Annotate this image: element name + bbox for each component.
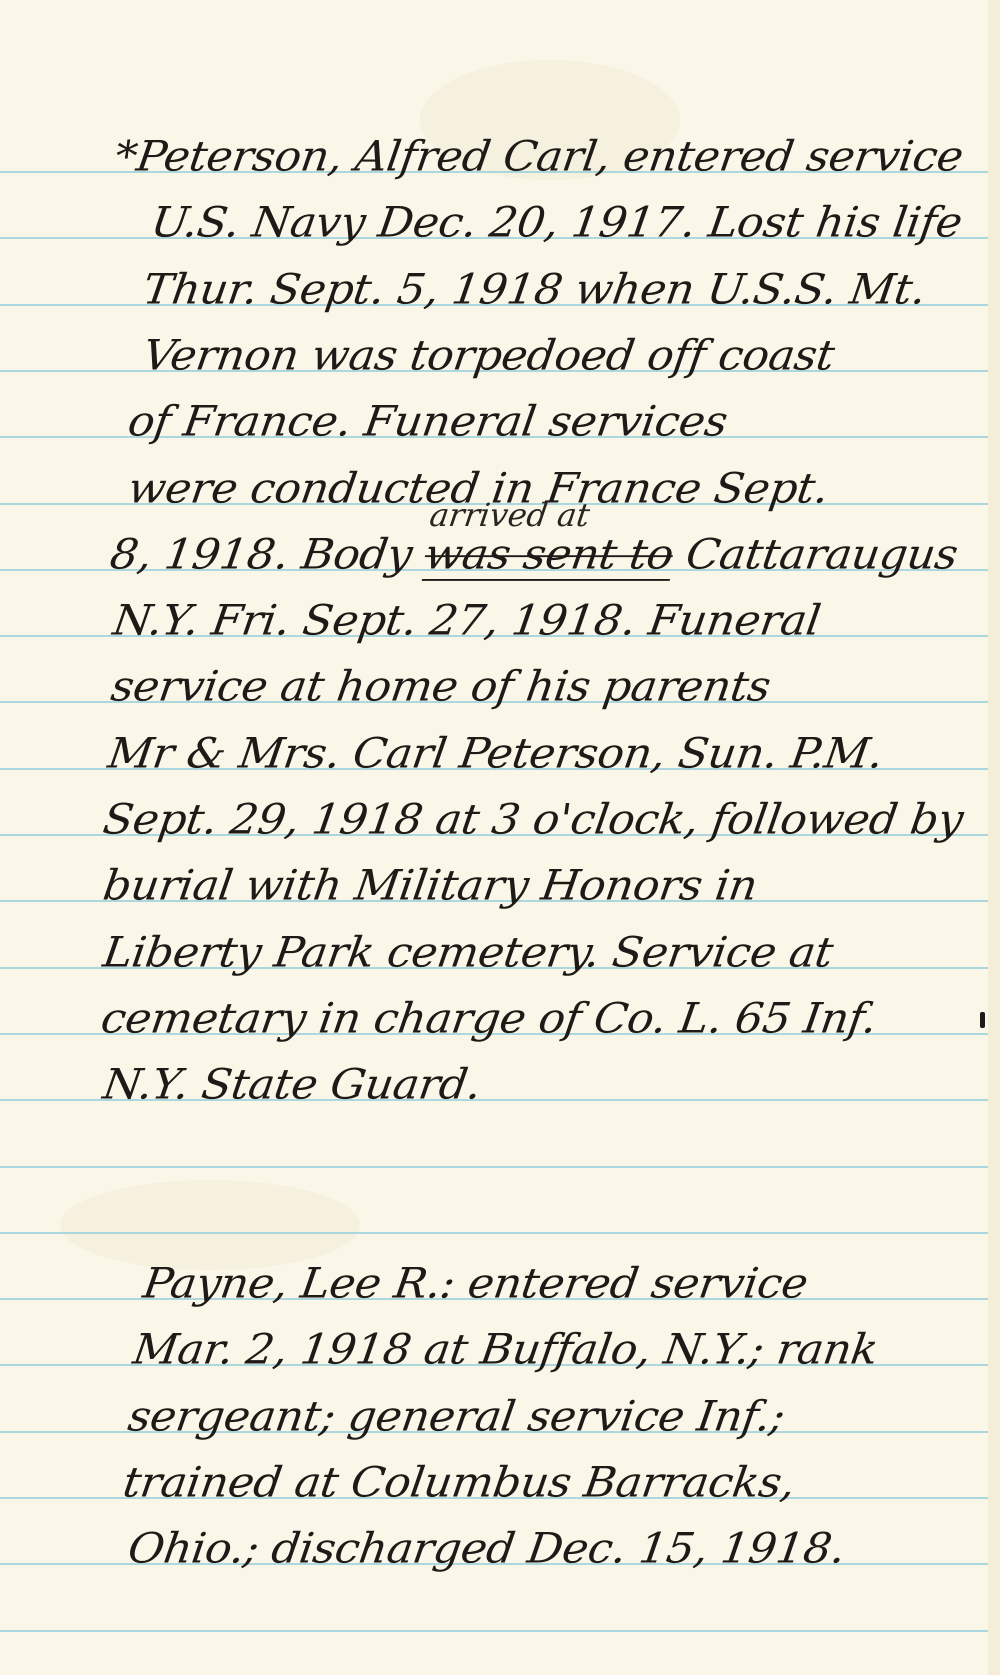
- entry-peterson-line-9: service at home of his parents: [108, 664, 773, 712]
- margin-ink-mark: [980, 1012, 985, 1028]
- struck-through-text: was sent to: [421, 531, 676, 581]
- entry-payne-line-2: Mar. 2, 1918 at Buffalo, N.Y.; rank: [130, 1327, 881, 1375]
- entry-payne-line-5: Ohio.; discharged Dec. 15, 1918.: [125, 1526, 848, 1574]
- entry-peterson-line-14: cemetary in charge of Co. L. 65 Inf.: [98, 996, 879, 1044]
- entry-payne-line-1: Payne, Lee R.: entered service: [140, 1261, 811, 1309]
- line-text-after: Cattaraugus: [670, 531, 961, 579]
- entry-peterson-line-13: Liberty Park cemetery. Service at: [100, 930, 836, 978]
- entry-peterson-line-4: Vernon was torpedoed off coast: [140, 333, 837, 381]
- entry-peterson-line-1: *Peterson, Alfred Carl, entered service: [112, 134, 966, 182]
- entry-peterson-line-15: N.Y. State Guard.: [100, 1062, 484, 1110]
- entry-peterson-line-2: U.S. Navy Dec. 20, 1917. Lost his life: [148, 200, 965, 248]
- entry-peterson-line-7: 8, 1918. Body was sent to Cattaraugus: [107, 532, 960, 580]
- inserted-correction: arrived at: [427, 497, 592, 533]
- entry-peterson-line-12: burial with Military Honors in: [100, 863, 760, 911]
- page-edge: [988, 0, 1000, 1675]
- entry-payne-line-3: sergeant; general service Inf.;: [125, 1394, 788, 1442]
- ruled-line: [0, 1232, 988, 1234]
- entry-peterson-line-11: Sept. 29, 1918 at 3 o'clock, followed by: [100, 797, 966, 845]
- entry-peterson-line-8: N.Y. Fri. Sept. 27, 1918. Funeral: [110, 598, 823, 646]
- entry-peterson-line-3: Thur. Sept. 5, 1918 when U.S.S. Mt.: [140, 267, 929, 315]
- entry-peterson-line-5: of France. Funeral services: [125, 399, 730, 447]
- ledger-page: *Peterson, Alfred Carl, entered service …: [0, 0, 1000, 1675]
- ruled-line: [0, 1630, 988, 1632]
- paper-stain: [60, 1180, 360, 1270]
- line-text-before: 8, 1918. Body: [107, 531, 429, 579]
- entry-payne-line-4: trained at Columbus Barracks,: [120, 1460, 798, 1508]
- entry-peterson-line-10: Mr & Mrs. Carl Peterson, Sun. P.M.: [105, 731, 886, 779]
- ruled-line: [0, 1166, 988, 1168]
